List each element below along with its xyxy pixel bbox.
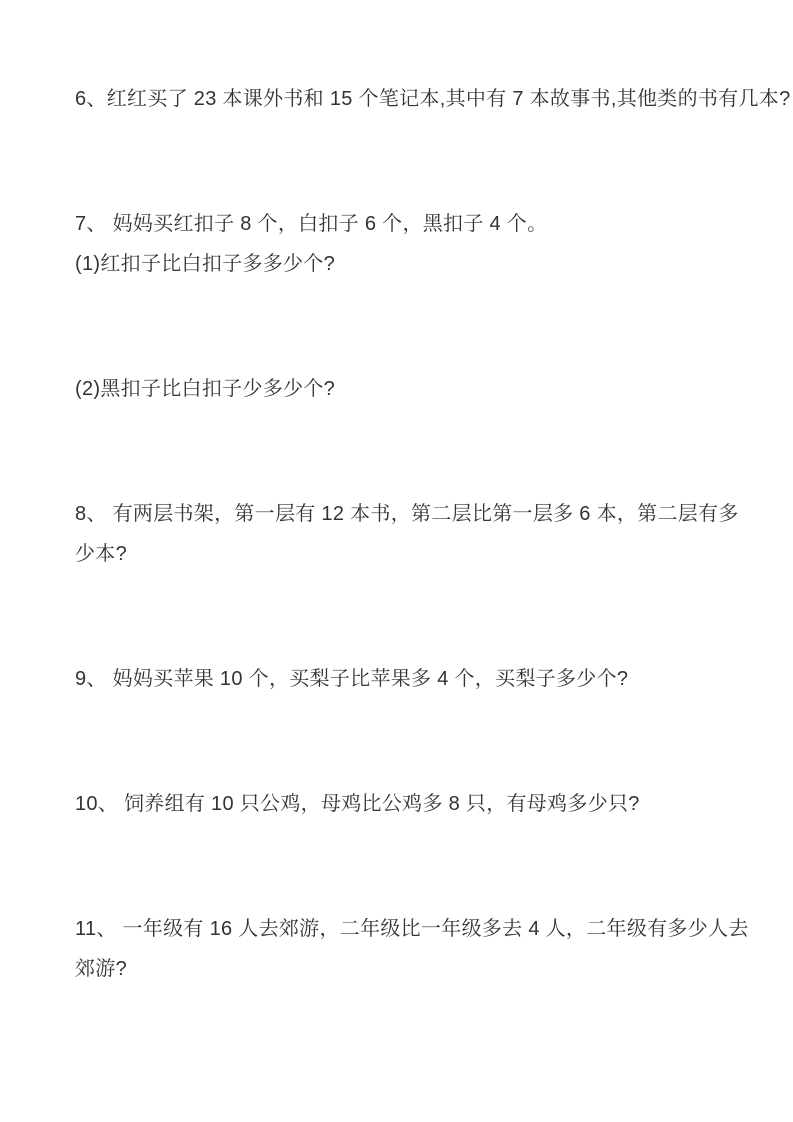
problem-11-text-line2: 郊游? <box>75 949 723 989</box>
problem-9-text: 9、 妈妈买苹果 10 个，买梨子比苹果多 4 个，买梨子多少个? <box>75 659 723 699</box>
problem-6: 6、红红买了 23 本课外书和 15 个笔记本,其中有 7 本故事书,其他类的书… <box>75 79 723 119</box>
problem-8-text-line2: 少本? <box>75 534 723 574</box>
worksheet-page: 6、红红买了 23 本课外书和 15 个笔记本,其中有 7 本故事书,其他类的书… <box>0 0 793 1122</box>
problem-7: 7、 妈妈买红扣子 8 个，白扣子 6 个，黑扣子 4 个。 (1)红扣子比白扣… <box>75 204 723 284</box>
problem-11-text-line1: 11、 一年级有 16 人去郊游，二年级比一年级多去 4 人，二年级有多少人去 <box>75 909 723 949</box>
problem-7-text: 7、 妈妈买红扣子 8 个，白扣子 6 个，黑扣子 4 个。 <box>75 204 723 244</box>
problem-10-text: 10、 饲养组有 10 只公鸡，母鸡比公鸡多 8 只，有母鸡多少只? <box>75 784 723 824</box>
problem-7-sub2: (2)黑扣子比白扣子少多少个? <box>75 369 723 409</box>
problem-7-sub2-text: (2)黑扣子比白扣子少多少个? <box>75 369 723 409</box>
problem-6-text: 6、红红买了 23 本课外书和 15 个笔记本,其中有 7 本故事书,其他类的书… <box>75 79 723 119</box>
problem-10: 10、 饲养组有 10 只公鸡，母鸡比公鸡多 8 只，有母鸡多少只? <box>75 784 723 824</box>
problem-8: 8、 有两层书架，第一层有 12 本书，第二层比第一层多 6 本，第二层有多 少… <box>75 494 723 574</box>
worksheet-content: 6、红红买了 23 本课外书和 15 个笔记本,其中有 7 本故事书,其他类的书… <box>0 0 793 989</box>
problem-11: 11、 一年级有 16 人去郊游，二年级比一年级多去 4 人，二年级有多少人去 … <box>75 909 723 989</box>
problem-8-text-line1: 8、 有两层书架，第一层有 12 本书，第二层比第一层多 6 本，第二层有多 <box>75 494 723 534</box>
problem-9: 9、 妈妈买苹果 10 个，买梨子比苹果多 4 个，买梨子多少个? <box>75 659 723 699</box>
problem-7-sub1-text: (1)红扣子比白扣子多多少个? <box>75 244 723 284</box>
